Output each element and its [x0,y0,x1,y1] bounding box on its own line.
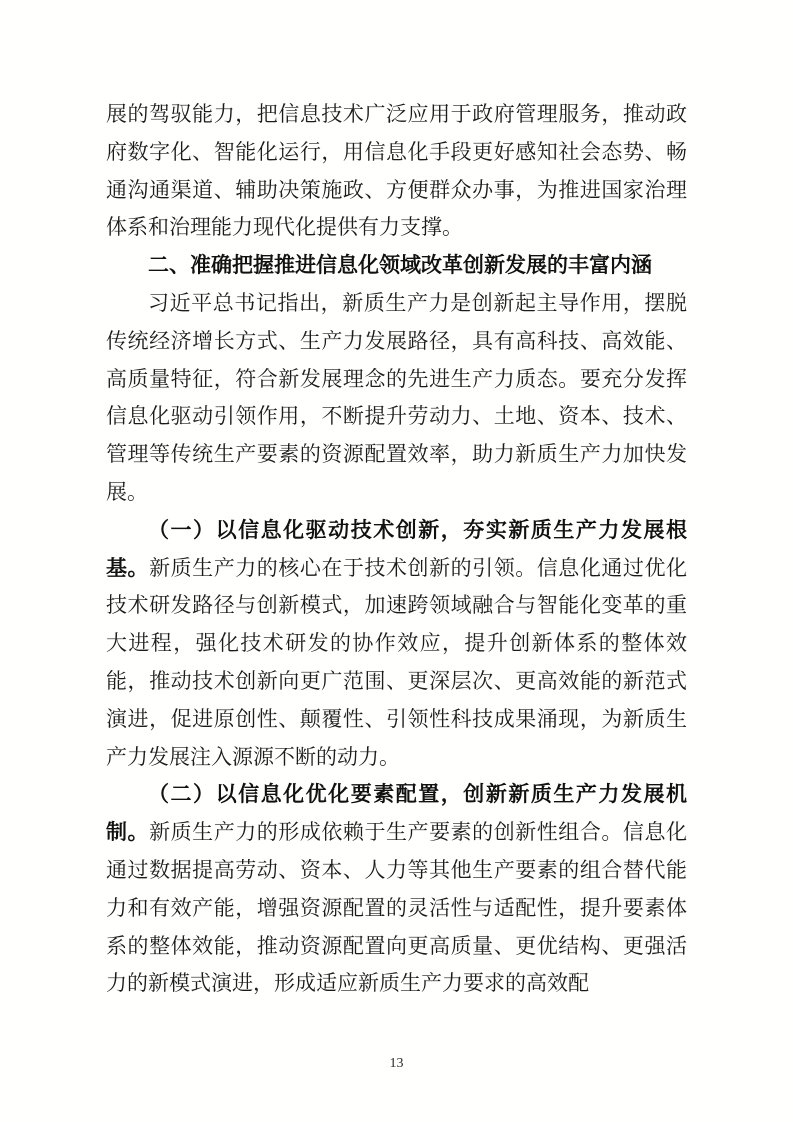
paragraph-two-text: 新质生产力的形成依赖于生产要素的创新性组合。信息化通过数据提高劳动、资本、人力等… [106,820,687,995]
document-body: 展的驾驭能力，把信息技术广泛应用于政府管理服务，推动政府数字化、智能化运行，用信… [106,96,687,1003]
body-paragraph-intro: 习近平总书记指出，新质生产力是创新起主导作用，摆脱传统经济增长方式、生产力发展路… [106,285,687,512]
document-page: 展的驾驭能力，把信息技术广泛应用于政府管理服务，推动政府数字化、智能化运行，用信… [0,0,793,1122]
body-paragraph-two: （二）以信息化优化要素配置，创新新质生产力发展机制。新质生产力的形成依赖于生产要… [106,776,687,1003]
page-number: 13 [390,1056,404,1071]
section-heading: 二、准确把握推进信息化领域改革创新发展的丰富内涵 [106,247,687,285]
body-paragraph-continuation: 展的驾驭能力，把信息技术广泛应用于政府管理服务，推动政府数字化、智能化运行，用信… [106,96,687,247]
paragraph-one-text: 新质生产力的核心在于技术创新的引领。信息化通过优化技术研发路径与创新模式，加速跨… [106,556,687,769]
page-footer: 13 [0,1054,793,1074]
body-paragraph-one: （一）以信息化驱动技术创新，夯实新质生产力发展根基。新质生产力的核心在于技术创新… [106,512,687,777]
